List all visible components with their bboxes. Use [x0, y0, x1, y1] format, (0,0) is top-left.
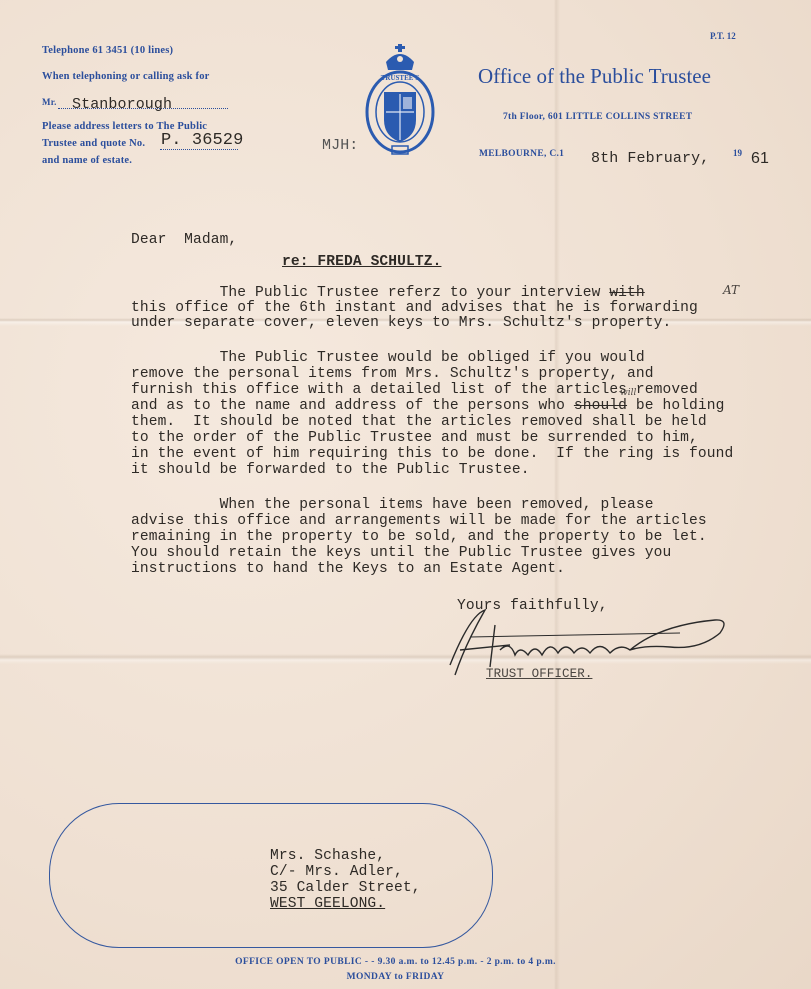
para3-line-4: You should retain the keys until the Pub…: [131, 545, 671, 561]
office-city: MELBOURNE, C.1: [479, 149, 564, 159]
recipient-line-1: Mrs. Schashe,: [270, 848, 385, 864]
para2-line-1: The Public Trustee would be obliged if y…: [131, 350, 645, 366]
struck-word-should: should: [574, 398, 627, 414]
office-days: MONDAY to FRIDAY: [0, 972, 801, 982]
office-hours: OFFICE OPEN TO PUBLIC - - 9.30 a.m. to 1…: [0, 957, 801, 967]
typist-initials: MJH:: [322, 137, 358, 154]
svg-text:TRUSTEE'S: TRUSTEE'S: [381, 74, 420, 82]
mr-label: Mr.: [42, 97, 57, 107]
signatory-title: TRUST OFFICER.: [486, 667, 592, 681]
para3-line-5: instructions to hand the Keys to an Esta…: [131, 561, 565, 577]
office-address: 7th Floor, 601 LITTLE COLLINS STREET: [503, 112, 692, 122]
para2-line-6: to the order of the Public Trustee and m…: [131, 430, 698, 446]
para1-line-1: The Public Trustee referz to your interv…: [131, 285, 645, 301]
para3-line-3: remaining in the property to be sold, an…: [131, 529, 707, 545]
para3-line-2: advise this office and arrangements will…: [131, 513, 707, 529]
para3-line-1: When the personal items have been remove…: [131, 497, 654, 513]
handwritten-insert-at: AT: [723, 283, 739, 297]
para2-line-7: in the event of him requiring this to be…: [131, 446, 733, 462]
para2-line-8: it should be forwarded to the Public Tru…: [131, 462, 530, 478]
para2-line-2: remove the personal items from Mrs. Schu…: [131, 366, 654, 382]
ask-for-label: When telephoning or calling ask for: [42, 71, 210, 82]
address-instruction-3: and name of estate.: [42, 155, 132, 166]
year-prefix: 19: [733, 148, 742, 158]
office-title: Office of the Public Trustee: [478, 64, 711, 89]
reference-number: P. 36529: [161, 131, 243, 150]
para2-line-3: furnish this office with a detailed list…: [131, 382, 698, 398]
recipient-line-4: WEST GEELONG.: [270, 896, 385, 912]
recipient-line-2: C/- Mrs. Adler,: [270, 864, 403, 880]
para1-line-2: this office of the 6th instant and advis…: [131, 300, 698, 316]
recipient-line-3: 35 Calder Street,: [270, 880, 421, 896]
telephone-line: Telephone 61 3451 (10 lines): [42, 45, 173, 56]
contact-name: Stanborough: [72, 96, 172, 113]
struck-word: with: [609, 285, 644, 301]
para2-line-5: them. It should be noted that the articl…: [131, 414, 707, 430]
year-suffix: 61: [751, 150, 769, 168]
para1-line-3: under separate cover, eleven keys to Mrs…: [131, 315, 671, 331]
address-instruction-2: Trustee and quote No.: [42, 138, 145, 149]
letter-date: 8th February,: [591, 150, 709, 167]
form-code: P.T. 12: [710, 31, 736, 41]
salutation: Dear Madam,: [131, 232, 237, 248]
para2-line-4: and as to the name and address of the pe…: [131, 398, 724, 414]
handwritten-insert-will: will: [620, 388, 636, 398]
subject-line: re: FREDA SCHULTZ.: [282, 254, 441, 270]
public-trustee-crest-icon: TRUSTEE'S: [362, 42, 438, 160]
